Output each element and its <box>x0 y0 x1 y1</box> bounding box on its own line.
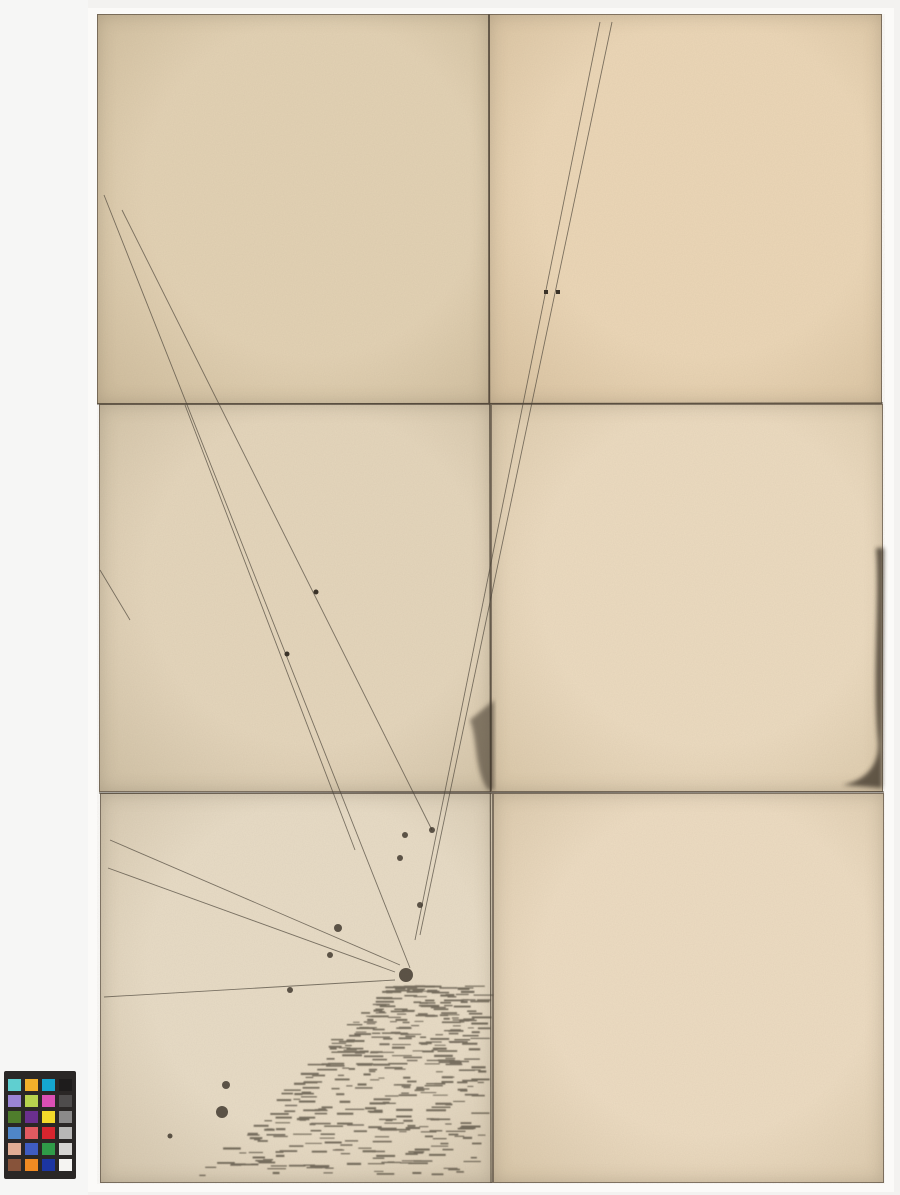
color-patch <box>25 1095 38 1107</box>
plate-middle-left <box>99 404 491 792</box>
left-margin <box>0 0 88 1195</box>
color-patch <box>59 1111 72 1123</box>
plate-middle-right <box>491 404 883 792</box>
color-patch <box>42 1159 55 1171</box>
plate-bottom-right <box>493 793 884 1183</box>
color-patch <box>8 1159 21 1171</box>
color-patch <box>59 1143 72 1155</box>
color-patch <box>42 1111 55 1123</box>
color-patch <box>25 1127 38 1139</box>
color-calibration-checker <box>4 1071 76 1179</box>
color-patch <box>59 1095 72 1107</box>
color-patch <box>42 1079 55 1091</box>
color-patch <box>59 1159 72 1171</box>
color-patch <box>59 1079 72 1091</box>
plate-top-right <box>489 14 882 404</box>
plate-top-left <box>97 14 489 404</box>
color-patch <box>8 1079 21 1091</box>
color-patch <box>25 1111 38 1123</box>
color-patch <box>8 1127 21 1139</box>
color-patch <box>8 1095 21 1107</box>
color-patch <box>25 1079 38 1091</box>
color-patch <box>25 1159 38 1171</box>
color-patch <box>42 1095 55 1107</box>
plate-bottom-left <box>100 793 493 1183</box>
color-patch <box>42 1143 55 1155</box>
color-patch <box>25 1143 38 1155</box>
color-patch <box>8 1111 21 1123</box>
color-patch <box>59 1127 72 1139</box>
color-patch <box>42 1127 55 1139</box>
color-patch <box>8 1143 21 1155</box>
